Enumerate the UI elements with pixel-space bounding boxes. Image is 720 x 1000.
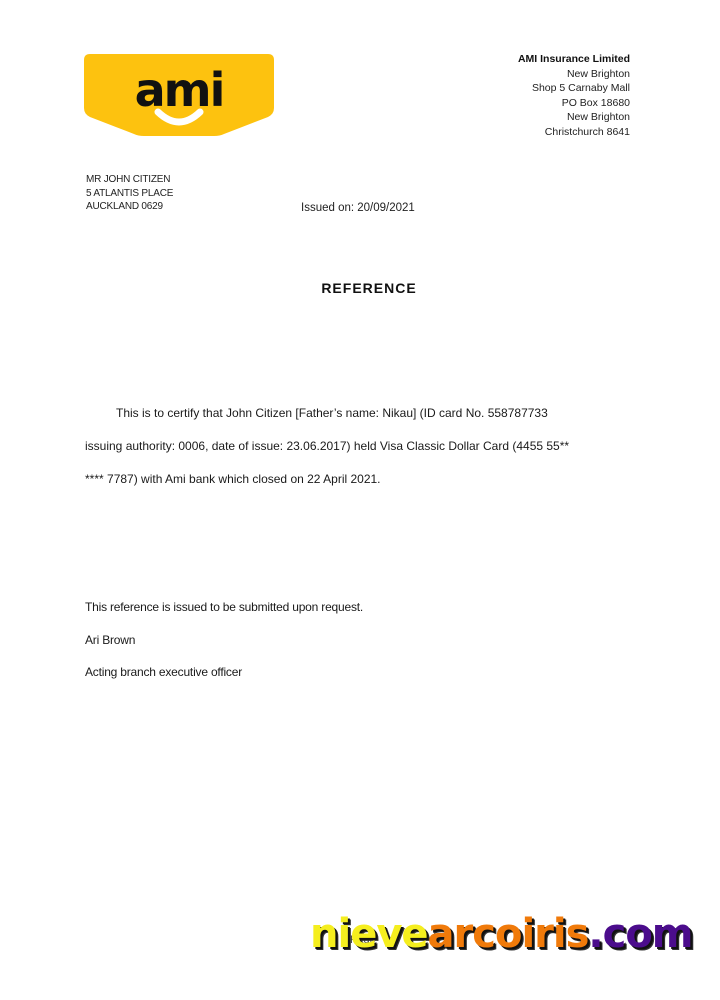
paragraph-line: This is to certify that John Citizen [Fa…: [85, 397, 635, 430]
company-name: AMI Insurance Limited: [518, 52, 630, 67]
company-address-line: New Brighton: [518, 110, 630, 125]
ami-logo-graphic: ami: [84, 54, 274, 136]
signatory-title: Acting branch executive officer: [85, 656, 363, 689]
recipient-street: 5 ATLANTIS PLACE: [86, 187, 173, 201]
paragraph-line: issuing authority: 0006, date of issue: …: [85, 430, 635, 463]
company-address-line: New Brighton: [518, 67, 630, 82]
company-address-line: PO Box 18680: [518, 96, 630, 111]
logo-wordmark: ami: [135, 63, 224, 117]
company-address-line: Shop 5 Carnaby Mall: [518, 81, 630, 96]
watermark-part: arcoiris: [428, 911, 589, 957]
ami-logo: ami: [84, 54, 274, 136]
paragraph-line: **** 7787) with Ami bank which closed on…: [85, 463, 635, 496]
company-address-line: Christchurch 8641: [518, 125, 630, 140]
watermark: nievearcoiris.com: [310, 911, 692, 957]
recipient-city: AUCKLAND 0629: [86, 200, 173, 214]
certification-paragraph: This is to certify that John Citizen [Fa…: [85, 397, 635, 496]
watermark-part: nieve: [310, 911, 428, 957]
issued-date: Issued on: 20/09/2021: [301, 202, 415, 214]
closing-statement: This reference is issued to be submitted…: [85, 591, 363, 624]
signatory-name: Ari Brown: [85, 624, 363, 657]
closing-block: This reference is issued to be submitted…: [85, 591, 363, 689]
recipient-address-block: MR JOHN CITIZEN 5 ATLANTIS PLACE AUCKLAN…: [86, 173, 173, 214]
document-title: REFERENCE: [0, 280, 720, 296]
company-address-block: AMI Insurance Limited New Brighton Shop …: [518, 52, 630, 140]
watermark-part: .com: [588, 911, 692, 957]
recipient-name: MR JOHN CITIZEN: [86, 173, 173, 187]
